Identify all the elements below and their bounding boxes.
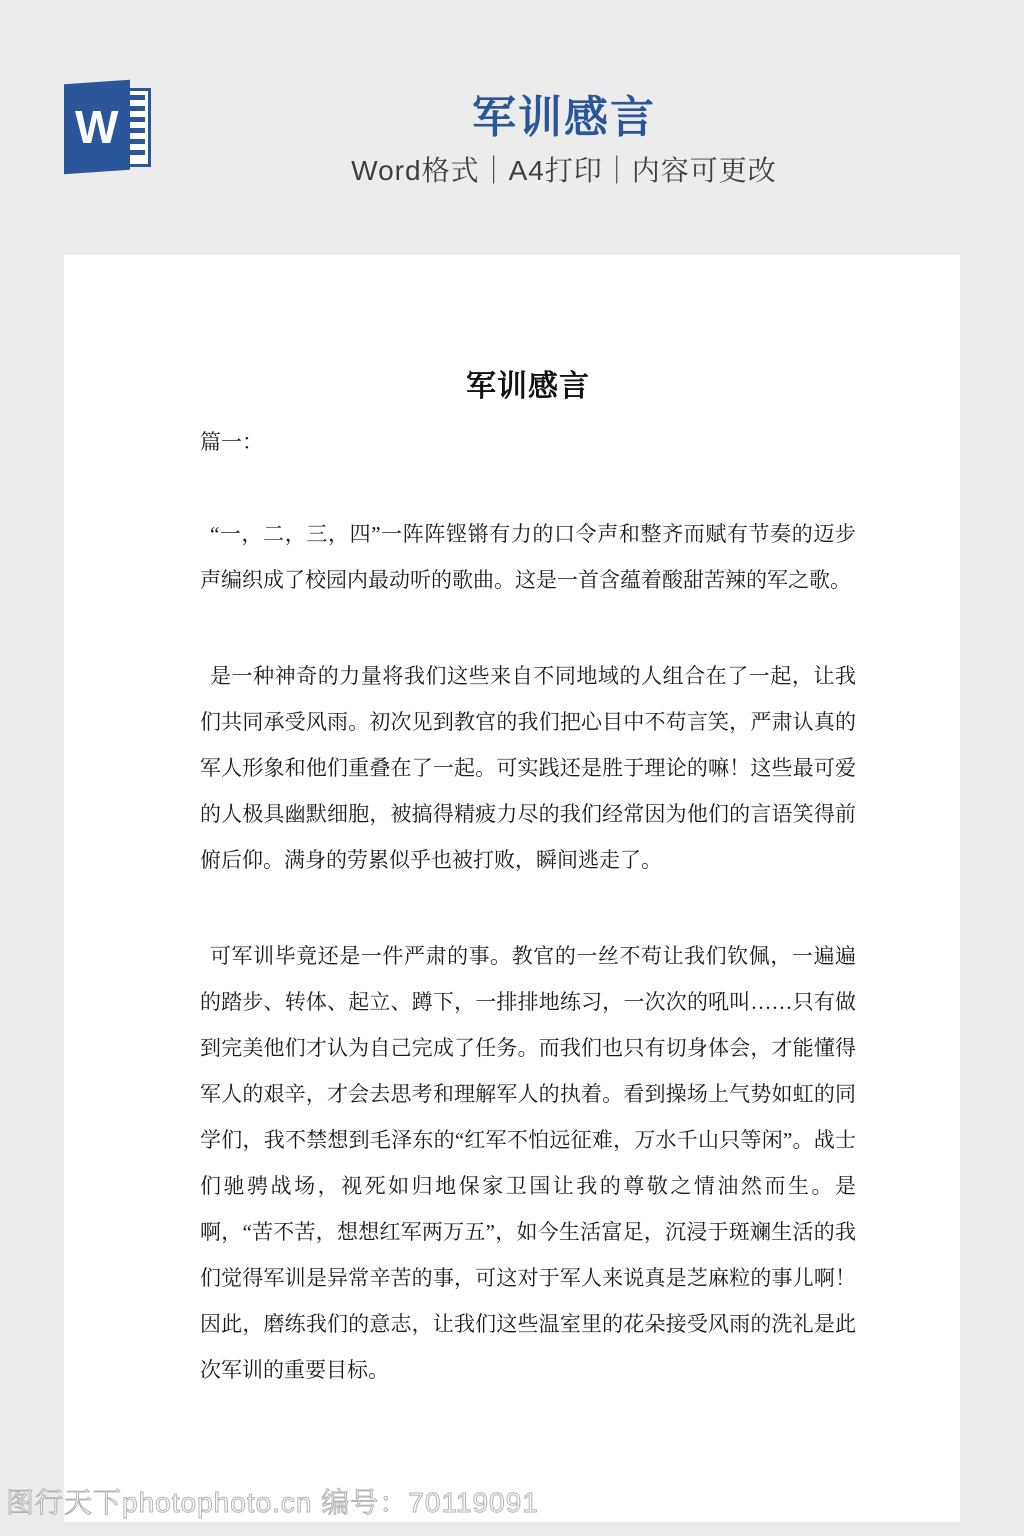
document-paragraph: 可军训毕竟还是一件严肃的事。教官的一丝不苟让我们钦佩，一遍遍的踏步、转体、起立、…: [200, 933, 856, 1393]
template-preview-page: W 军训感言 Word格式｜A4打印｜内容可更改 军训感言 篇一： “一，二，三…: [0, 0, 1024, 1536]
header-text: 军训感言 Word格式｜A4打印｜内容可更改: [0, 0, 1024, 188]
document-page: 军训感言 篇一： “一，二，三，四”一阵阵铿锵有力的口令声和整齐而赋有节奏的迈步…: [64, 255, 960, 1522]
section-label: 篇一：: [200, 419, 856, 465]
watermark: 图行天下photophoto.cn 编号：70119091: [6, 1486, 539, 1520]
document-paragraph: 是一种神奇的力量将我们这些来自不同地域的人组合在了一起，让我们共同承受风雨。初次…: [200, 653, 856, 883]
document-paragraph: “一，二，三，四”一阵阵铿锵有力的口令声和整齐而赋有节奏的迈步声编织成了校园内最…: [200, 511, 856, 603]
page-subtitle: Word格式｜A4打印｜内容可更改: [104, 154, 1024, 188]
page-title: 军训感言: [104, 94, 1024, 142]
document-title: 军训感言: [200, 367, 856, 407]
header: W 军训感言 Word格式｜A4打印｜内容可更改: [0, 0, 1024, 255]
